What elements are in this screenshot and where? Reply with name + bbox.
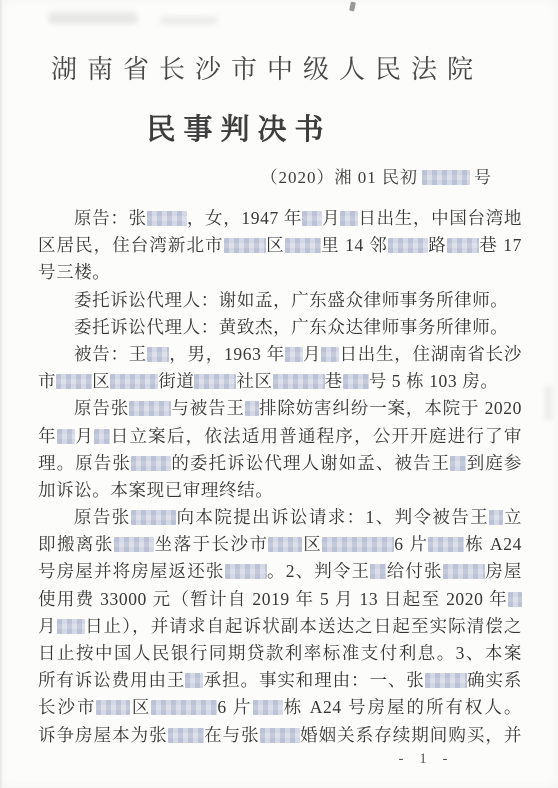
document-body: 原告：张，女，1947 年月日出生，中国台湾地区居民，住台湾新北市区里 14 邻… (0, 205, 558, 749)
text-segment: 区 (302, 534, 322, 554)
redaction-box (508, 592, 522, 607)
redaction-box (185, 673, 203, 688)
text-segment: ，女，1947 年 (187, 208, 302, 228)
text-segment: 立 (503, 507, 522, 527)
text-segment: 栋 A24 (464, 534, 522, 554)
text-segment: 被告：王 (74, 344, 147, 364)
text-segment: 原告：张 (74, 208, 147, 228)
text-segment: 号 5 栋 103 房。 (369, 371, 499, 391)
redaction-box (489, 510, 503, 525)
text-segment: 承担。事实和理由：一、张 (203, 670, 424, 690)
text-segment: 巷 (325, 371, 343, 391)
redaction-box (253, 700, 283, 715)
body-line: 日止按中国人民银行同期贷款利率标准支付利息。3、本案 (38, 640, 522, 667)
redaction-box (447, 238, 479, 253)
text-segment: 日出生，住湖南省长沙 (339, 344, 522, 364)
text-segment: 到庭参 (466, 453, 522, 473)
judgment-page: 湖南省长沙市中级人民法院 民事判决书 （2020）湘 01 民初号 原告：张，女… (0, 0, 558, 788)
text-segment: 日止），并请求自起诉状副本送达之日起至实际清偿之 (85, 616, 522, 636)
redaction-box (443, 564, 485, 579)
redaction-box (131, 510, 176, 525)
text-segment: 月 (75, 426, 94, 446)
body-line: 所有诉讼费用由王承担。事实和理由：一、张确实系 (38, 667, 522, 694)
text-segment: 排除妨害纠纷一案，本院于 2020 (259, 398, 522, 418)
redaction-box (94, 429, 110, 444)
document-type: 民事判决书 (0, 110, 518, 150)
body-line: 月日止），并请求自起诉状副本送达之日起至实际清偿之 (38, 613, 522, 640)
case-number-suffix: 号 (474, 168, 492, 187)
text-segment: 月 (38, 616, 57, 636)
body-line: 区居民，住台湾新北市区里 14 邻路巷 17 (38, 232, 522, 259)
text-segment: 加诉讼。本案现已审理终结。 (38, 480, 273, 500)
text-segment: 区居民，住台湾新北市 (38, 235, 224, 255)
redaction-box (422, 170, 470, 185)
text-segment: 。2、判令王 (267, 561, 371, 581)
text-segment: 月 (303, 344, 321, 364)
page-number: - 1 - (147, 751, 558, 768)
body-line: 原告：张，女，1947 年月日出生，中国台湾地 (38, 205, 522, 232)
redaction-box (224, 238, 266, 253)
body-line: 诉争房屋本为张在与张婚姻关系存续期间购买，并 (38, 722, 522, 749)
case-number-prefix: （2020）湘 01 民初 (261, 168, 419, 187)
redaction-box (428, 537, 464, 552)
redaction-box (194, 374, 236, 389)
redaction-box (131, 456, 171, 471)
text-segment: 区 (266, 235, 285, 255)
body-line: 使用费 33000 元（暂计自 2019 年 5 月 13 日起至 2020 年 (38, 586, 522, 613)
body-line: 市区街道社区巷号 5 栋 103 房。 (38, 368, 522, 395)
case-number: （2020）湘 01 民初号 (0, 168, 558, 188)
text-segment: 原告张 (74, 398, 129, 418)
redaction-box (168, 728, 204, 743)
text-segment: 使用费 33000 元（暂计自 2019 年 5 月 13 日起至 2020 年 (38, 589, 508, 609)
redaction-box (343, 374, 369, 389)
text-segment: 诉争房屋本为张 (38, 725, 168, 745)
text-segment: 房屋 (485, 561, 522, 581)
text-segment: 日立案后，依法适用普通程序，公开开庭进行了审 (110, 426, 522, 446)
text-segment: 原告张 (74, 507, 131, 527)
body-line: 长沙市区6 片栋 A24 号房屋的所有权人。 (38, 694, 522, 721)
text-segment: 6 片 (217, 697, 252, 717)
body-line: 原告张与被告王排除妨害纠纷一案，本院于 2020 (38, 395, 522, 422)
text-segment: 理。原告张 (38, 453, 131, 473)
scan-artifact (160, 16, 218, 25)
text-segment: 街道 (158, 371, 194, 391)
text-segment: 所有诉讼费用由王 (38, 670, 185, 690)
body-line: 委托诉讼代理人：谢如孟，广东盛众律师事务所律师。 (38, 287, 522, 314)
redaction-box (96, 700, 130, 715)
text-segment: 坐落于长沙市 (154, 534, 269, 554)
text-segment: 在与张 (204, 725, 260, 745)
redaction-box (147, 347, 169, 362)
body-line: 号三楼。 (38, 259, 522, 286)
text-segment: 日出生，中国台湾地 (358, 208, 522, 228)
text-segment: 区 (130, 697, 151, 717)
redaction-box (340, 211, 358, 226)
body-line: 被告：王，男，1963 年月日出生，住湖南省长沙 (38, 341, 522, 368)
text-segment: 年 (38, 426, 57, 446)
redaction-box (151, 700, 217, 715)
redaction-box (370, 564, 386, 579)
text-segment: 向本院提出诉讼请求：1、判令被告王 (176, 507, 489, 527)
redaction-box (57, 429, 75, 444)
text-segment: 委托诉讼代理人：谢如孟，广东盛众律师事务所律师。 (74, 290, 508, 310)
text-segment: 委托诉讼代理人：黄致杰，广东众达律师事务所律师。 (74, 317, 508, 337)
redaction-box (450, 456, 466, 471)
redaction-box (285, 238, 321, 253)
redaction-box (147, 211, 187, 226)
text-segment: ，男，1963 年 (169, 344, 285, 364)
scan-artifact (349, 2, 356, 12)
redaction-box (321, 347, 339, 362)
redaction-box (260, 728, 300, 743)
text-segment: 的委托诉讼代理人谢如孟、被告王 (171, 453, 450, 473)
text-segment: 婚姻关系存续期间购买，并 (300, 725, 522, 745)
text-segment: 号三楼。 (38, 262, 110, 282)
body-line: 即搬离张坐落于长沙市区6 片栋 A24 (38, 531, 522, 558)
text-segment: 社区 (236, 371, 272, 391)
redaction-box (268, 537, 302, 552)
redaction-box (302, 211, 322, 226)
body-line: 原告张向本院提出诉讼请求：1、判令被告王立 (38, 504, 522, 531)
text-segment: 巷 17 (479, 235, 522, 255)
text-segment: 与被告王 (171, 398, 245, 418)
redaction-box (129, 401, 171, 416)
text-segment: 月 (322, 208, 340, 228)
text-segment: 区 (92, 371, 110, 391)
text-segment: 确实系 (467, 670, 522, 690)
body-line: 号房屋并将房屋返还张。2、判令王给付张房屋 (38, 558, 522, 585)
court-name: 湖南省长沙市中级人民法院 (0, 53, 546, 87)
body-line: 年月日立案后，依法适用普通程序，公开开庭进行了审 (38, 423, 522, 450)
body-line: 委托诉讼代理人：黄致杰，广东众达律师事务所律师。 (38, 314, 522, 341)
text-segment: 路 (428, 235, 447, 255)
redaction-box (225, 564, 267, 579)
redaction-box (56, 374, 92, 389)
text-segment: 日止按中国人民银行同期贷款利率标准支付利息。3、本案 (38, 643, 522, 663)
redaction-box (114, 537, 154, 552)
redaction-box (388, 238, 428, 253)
redaction-box (285, 347, 303, 362)
text-segment: 号房屋并将房屋返还张 (38, 561, 225, 581)
redaction-box (245, 401, 259, 416)
redaction-box (110, 374, 158, 389)
redaction-box (273, 374, 325, 389)
text-segment: 市 (38, 371, 56, 391)
text-segment: 栋 A24 号房屋的所有权人。 (283, 697, 522, 717)
body-line: 加诉讼。本案现已审理终结。 (38, 477, 522, 504)
redaction-box (322, 537, 394, 552)
text-segment: 6 片 (394, 534, 428, 554)
redaction-box (57, 619, 85, 634)
text-segment: 即搬离张 (38, 534, 114, 554)
scan-artifact (48, 12, 138, 24)
text-segment: 里 14 邻 (321, 235, 388, 255)
text-segment: 给付张 (386, 561, 443, 581)
text-segment: 长沙市 (38, 697, 96, 717)
body-line: 理。原告张的委托诉讼代理人谢如孟、被告王到庭参 (38, 450, 522, 477)
redaction-box (425, 673, 467, 688)
